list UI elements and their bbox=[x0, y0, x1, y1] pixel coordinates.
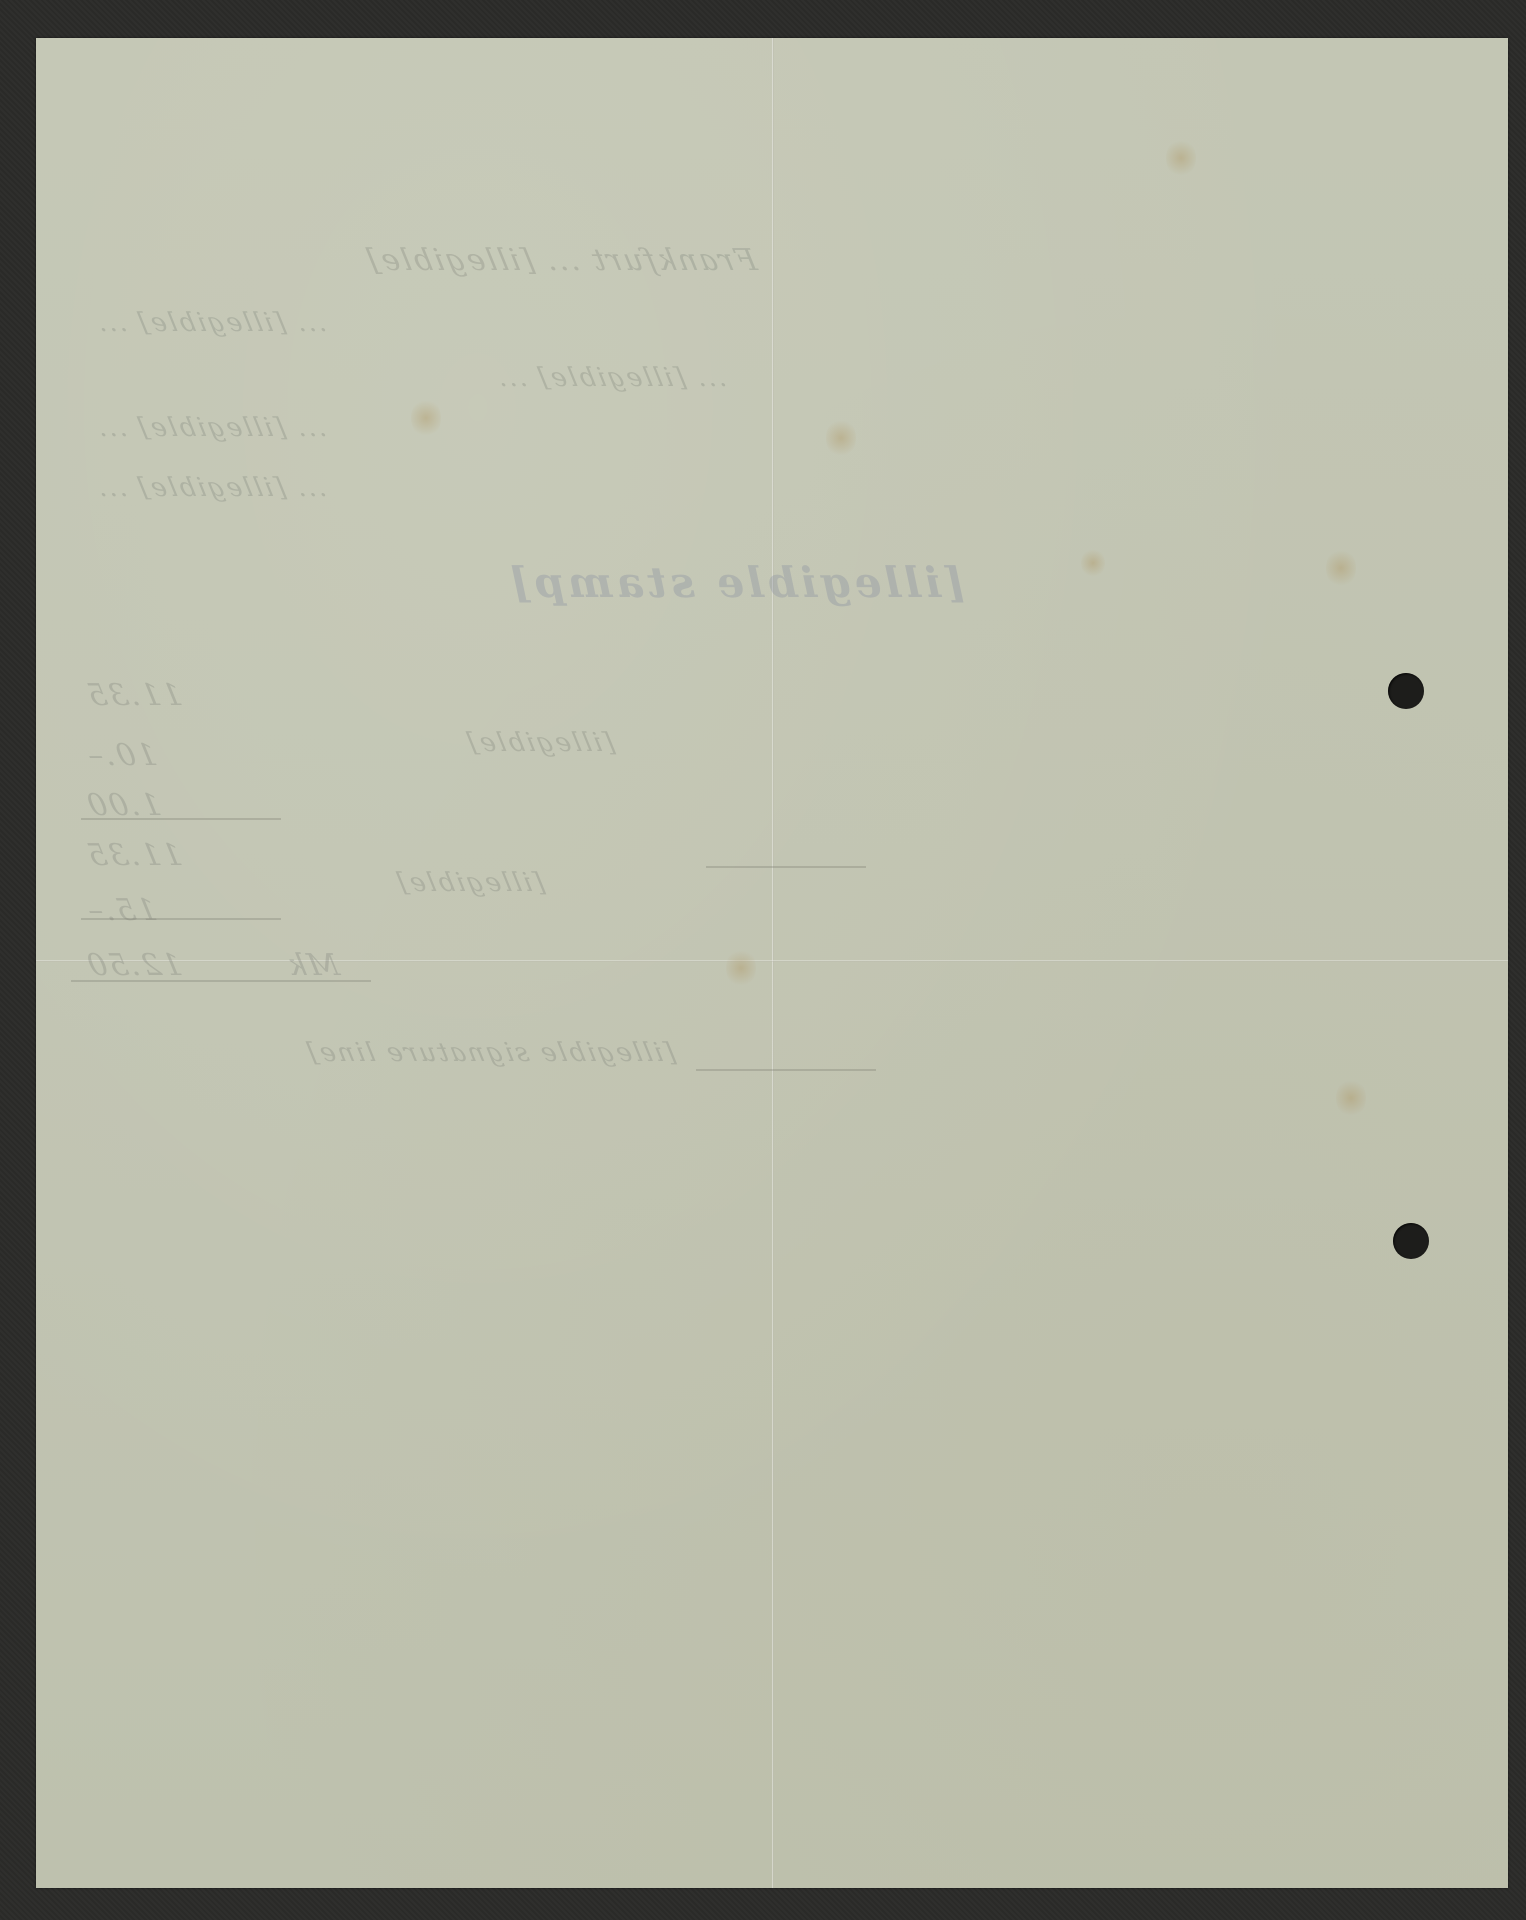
bleed-total-label: Mk bbox=[282, 948, 342, 983]
horizontal-fold-line bbox=[36, 960, 1508, 962]
bleed-amount: 15.– bbox=[82, 893, 160, 928]
bleed-header-line: ... [illegible] ... bbox=[493, 363, 729, 393]
stain bbox=[1336, 1078, 1366, 1118]
stain bbox=[726, 948, 756, 988]
punch-hole-top bbox=[1388, 673, 1424, 709]
stain bbox=[826, 418, 856, 458]
bleed-footer-line: [illegible signature line] bbox=[303, 1038, 678, 1068]
bleed-header-line: ... [illegible] ... bbox=[93, 473, 329, 503]
punch-hole-bottom bbox=[1393, 1223, 1429, 1259]
bleed-middle-mark: [illegible] bbox=[393, 868, 547, 898]
stain bbox=[1326, 548, 1356, 588]
ledger-rule bbox=[81, 918, 281, 920]
vertical-fold-line bbox=[772, 38, 774, 1888]
ledger-rule bbox=[71, 980, 371, 982]
bleed-amount: 11.35 bbox=[82, 678, 185, 713]
ledger-rule bbox=[696, 1069, 876, 1071]
bleed-amount: 11.35 bbox=[82, 838, 185, 873]
bleed-stamp: [illegible stamp] bbox=[501, 558, 970, 607]
bleed-middle-mark: [illegible] bbox=[463, 728, 617, 758]
bleed-amount: 12.50 bbox=[82, 948, 185, 983]
stain bbox=[1166, 138, 1196, 178]
bleed-header-line: Frankfurt ... [illegible] bbox=[362, 243, 760, 278]
paper-sheet: Frankfurt ... [illegible] ... [illegible… bbox=[36, 38, 1508, 1888]
stain bbox=[1081, 548, 1105, 578]
stain bbox=[411, 398, 441, 438]
ledger-rule bbox=[81, 818, 281, 820]
bleed-header-line: ... [illegible] ... bbox=[93, 413, 329, 443]
bleed-amount: 10.– bbox=[82, 738, 160, 773]
bleed-header-line: ... [illegible] ... bbox=[93, 308, 329, 338]
ledger-rule bbox=[706, 866, 866, 868]
